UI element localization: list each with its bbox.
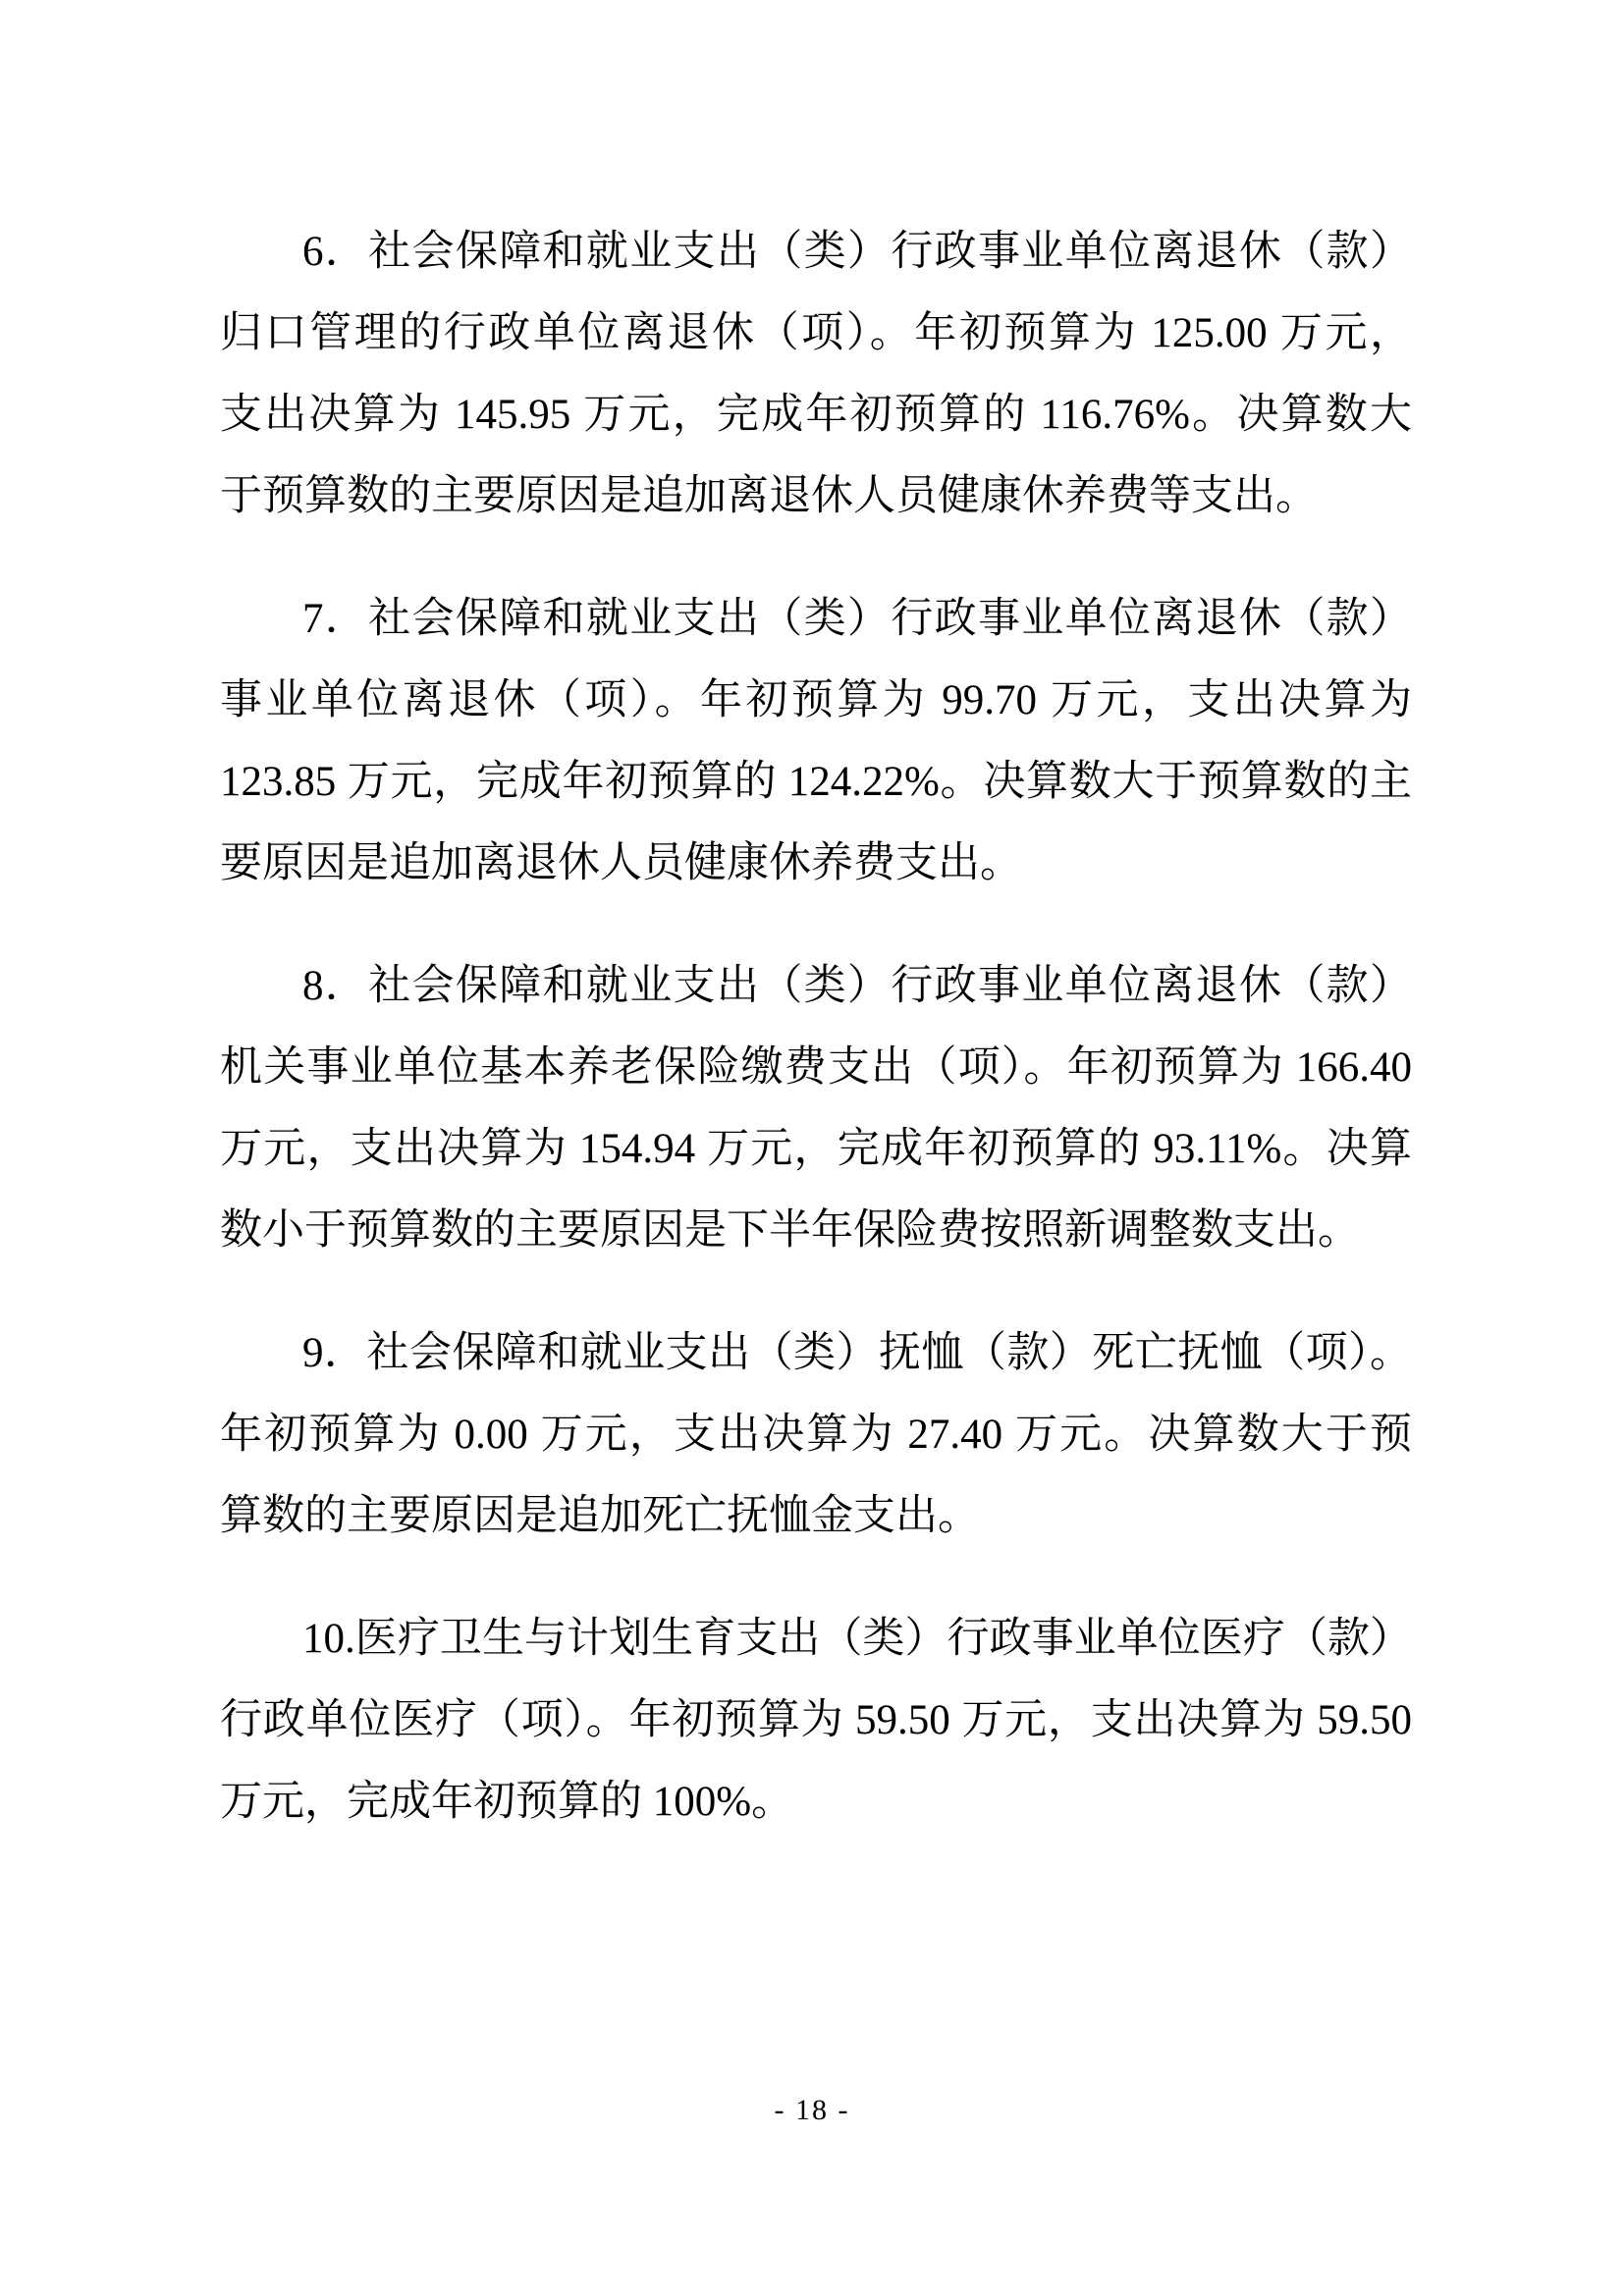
paragraph-line: 6．社会保障和就业支出（类）行政事业单位离退休（款） <box>220 211 1412 293</box>
paragraph-line: 算数的主要原因是追加死亡抚恤金支出。 <box>220 1475 1412 1557</box>
paragraph-line: 万元，支出决算为 154.94 万元，完成年初预算的 93.11%。决算 <box>220 1108 1412 1190</box>
document-page: 6．社会保障和就业支出（类）行政事业单位离退休（款） 归口管理的行政单位离退休（… <box>0 0 1624 2296</box>
paragraph-line: 年初预算为 0.00 万元，支出决算为 27.40 万元。决算数大于预 <box>220 1394 1412 1475</box>
paragraph-10: 10.医疗卫生与计划生育支出（类）行政事业单位医疗（款） 行政单位医疗（项）。年… <box>220 1598 1412 1842</box>
paragraph-line: 10.医疗卫生与计划生育支出（类）行政事业单位医疗（款） <box>220 1598 1412 1680</box>
paragraph-8: 8．社会保障和就业支出（类）行政事业单位离退休（款） 机关事业单位基本养老保险缴… <box>220 945 1412 1271</box>
document-body: 6．社会保障和就业支出（类）行政事业单位离退休（款） 归口管理的行政单位离退休（… <box>220 211 1412 1842</box>
paragraph-line: 万元，完成年初预算的 100%。 <box>220 1761 1412 1842</box>
paragraph-line: 行政单位医疗（项）。年初预算为 59.50 万元，支出决算为 59.50 <box>220 1680 1412 1761</box>
paragraph-6: 6．社会保障和就业支出（类）行政事业单位离退休（款） 归口管理的行政单位离退休（… <box>220 211 1412 537</box>
paragraph-9: 9．社会保障和就业支出（类）抚恤（款）死亡抚恤（项）。 年初预算为 0.00 万… <box>220 1312 1412 1557</box>
paragraph-line: 数小于预算数的主要原因是下半年保险费按照新调整数支出。 <box>220 1190 1412 1271</box>
paragraph-line: 支出决算为 145.95 万元，完成年初预算的 116.76%。决算数大 <box>220 374 1412 455</box>
page-number: - 18 - <box>0 2091 1624 2130</box>
paragraph-line: 机关事业单位基本养老保险缴费支出（项）。年初预算为 166.40 <box>220 1027 1412 1108</box>
paragraph-line: 事业单位离退休（项）。年初预算为 99.70 万元，支出决算为 <box>220 660 1412 741</box>
paragraph-line: 归口管理的行政单位离退休（项）。年初预算为 125.00 万元， <box>220 293 1412 374</box>
paragraph-line: 要原因是追加离退休人员健康休养费支出。 <box>220 823 1412 904</box>
paragraph-line: 8．社会保障和就业支出（类）行政事业单位离退休（款） <box>220 945 1412 1027</box>
paragraph-7: 7．社会保障和就业支出（类）行政事业单位离退休（款） 事业单位离退休（项）。年初… <box>220 578 1412 904</box>
paragraph-line: 于预算数的主要原因是追加离退休人员健康休养费等支出。 <box>220 455 1412 537</box>
paragraph-line: 9．社会保障和就业支出（类）抚恤（款）死亡抚恤（项）。 <box>220 1312 1412 1394</box>
paragraph-line: 7．社会保障和就业支出（类）行政事业单位离退休（款） <box>220 578 1412 660</box>
paragraph-line: 123.85 万元，完成年初预算的 124.22%。决算数大于预算数的主 <box>220 741 1412 823</box>
